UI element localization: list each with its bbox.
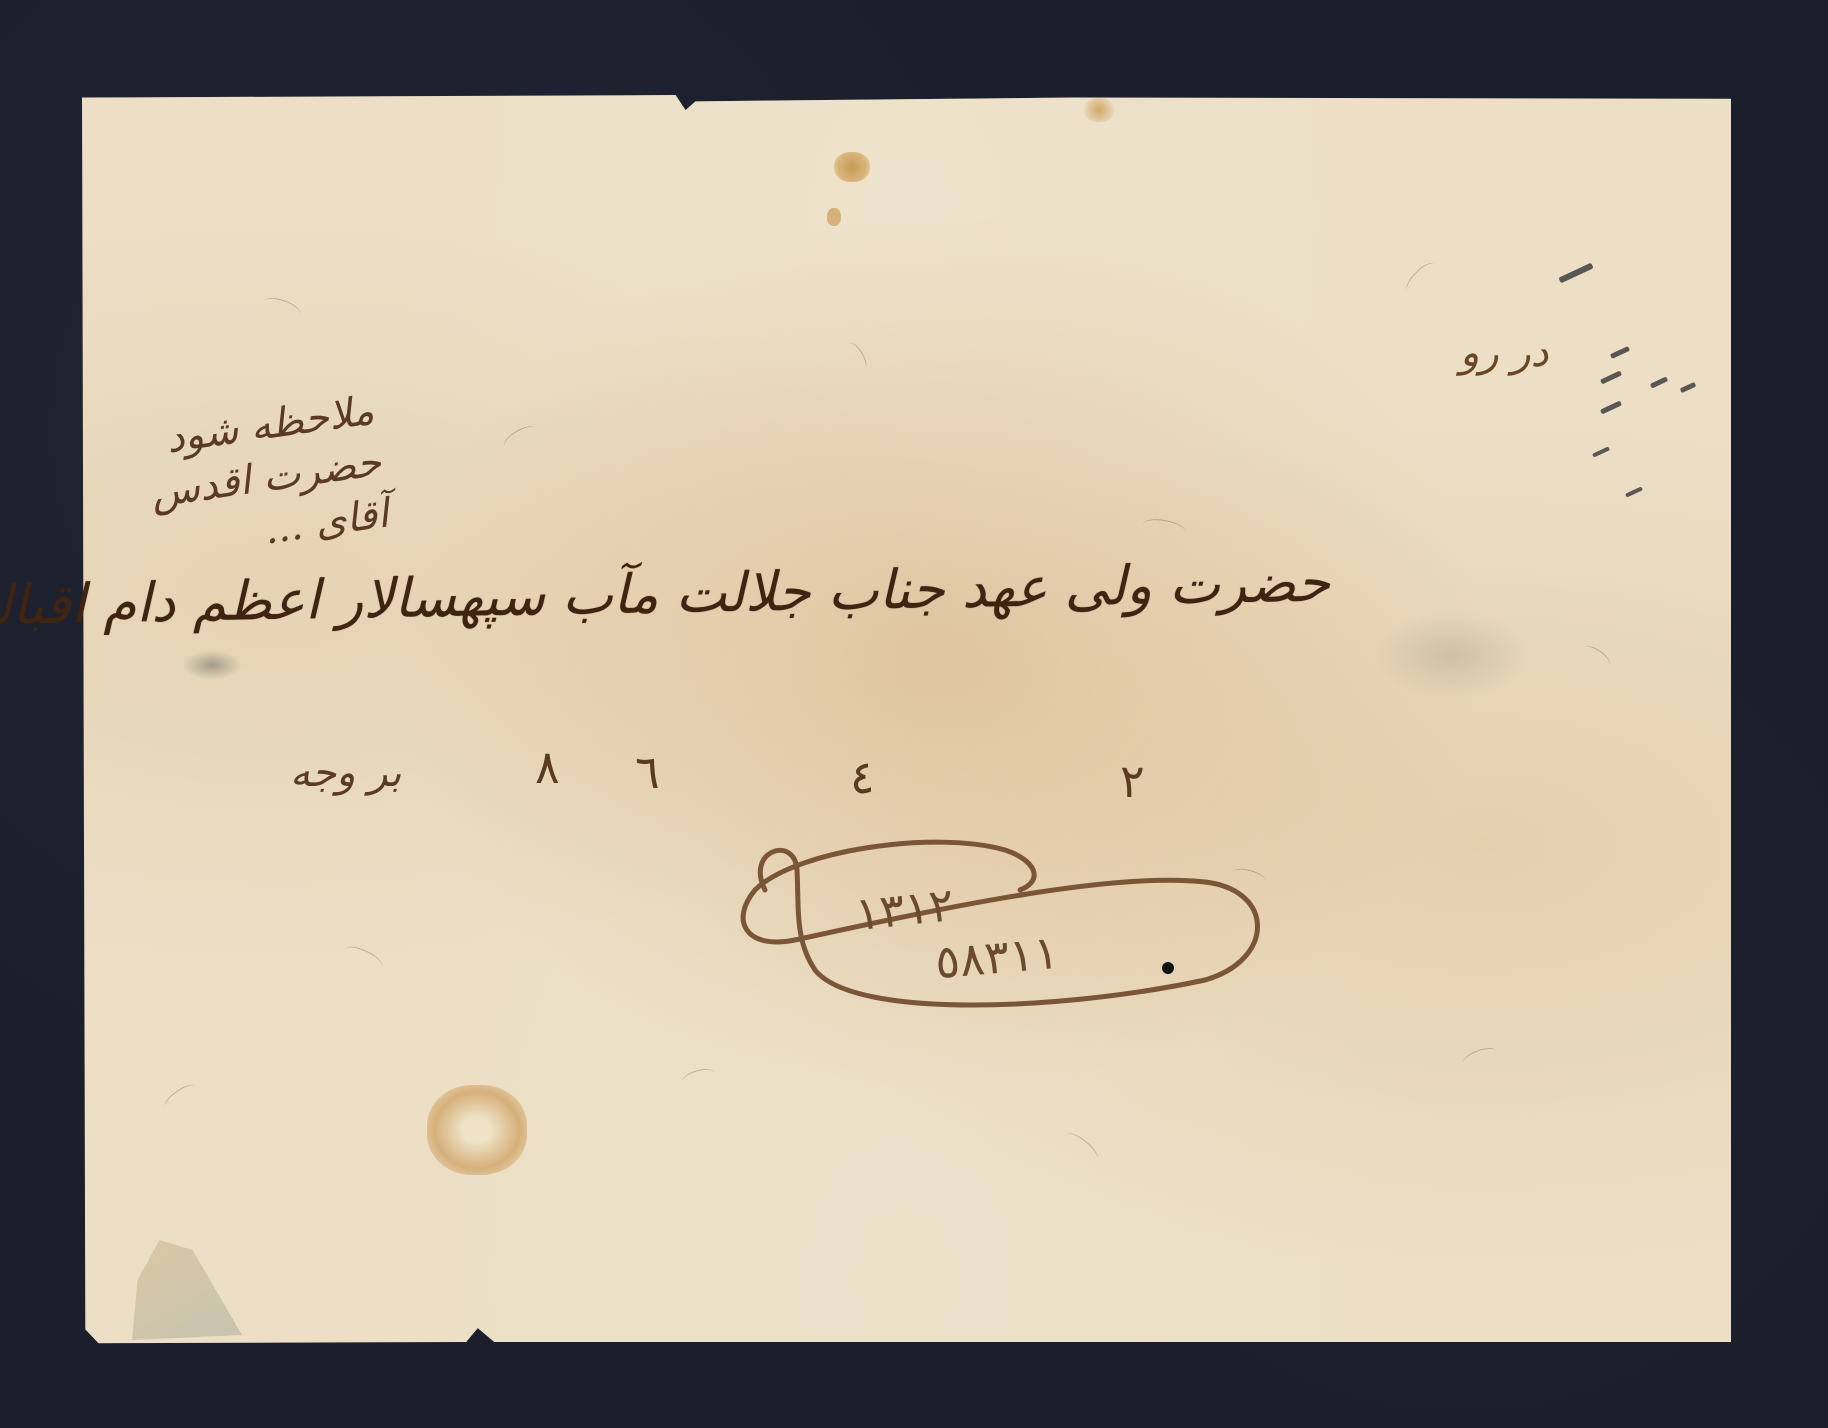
- numeral-row: بر وجه ٨ ٦ ٤ ٢: [290, 740, 1190, 830]
- seal-year: ١٣١٢: [852, 877, 956, 941]
- paper-fiber: [260, 294, 303, 324]
- left-margin-note: ملاحظه شود حضرت اقدس آقای ...: [140, 385, 391, 572]
- seal-flourish-oval: ١٣١٢ ٥٨٣١١: [735, 830, 1285, 1030]
- seal-code: ٥٨٣١١: [933, 925, 1061, 990]
- right-corner-note: در رو: [1460, 330, 1548, 376]
- paper-fiber: [1461, 1044, 1500, 1070]
- paper-fiber: [844, 340, 870, 372]
- paper-fiber: [1402, 259, 1439, 296]
- numeral-six: ٦: [635, 745, 660, 799]
- paper-fiber: [340, 942, 385, 975]
- paper-fiber: [501, 422, 540, 453]
- smudge-mark: [1372, 610, 1532, 700]
- paper-fiber: [1062, 1129, 1102, 1166]
- paper-fiber: [1141, 516, 1187, 540]
- aged-paper-envelope: [82, 90, 1731, 1347]
- paper-fiber: [681, 1066, 718, 1089]
- numeral-four: ٤: [850, 750, 875, 804]
- smudge-mark: [182, 650, 242, 680]
- numeral-annotation: بر وجه: [290, 750, 401, 796]
- damage-stain: [427, 1085, 527, 1175]
- paper-fiber: [1581, 643, 1613, 671]
- numeral-eight: ٨: [535, 740, 560, 794]
- foxing-stain: [1084, 98, 1114, 122]
- paper-fiber: [162, 1081, 199, 1112]
- foxing-stain: [834, 152, 870, 182]
- paper-tear-repair: [132, 1240, 242, 1340]
- numeral-two: ٢: [1120, 754, 1145, 808]
- foxing-stain: [827, 208, 841, 226]
